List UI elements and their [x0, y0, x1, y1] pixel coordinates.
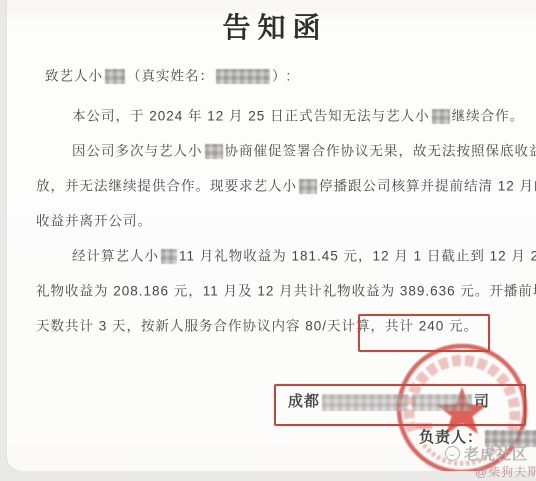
- watermark-community-label: 老虎社区: [464, 443, 528, 464]
- redacted-text: [161, 249, 177, 264]
- doc-text: 协商催促签署合作协议无果，故无法按照保底收益发: [225, 143, 536, 158]
- salutation-line: 致艺人小（真实姓名：）:: [45, 67, 291, 85]
- redacted-text: [322, 394, 408, 411]
- redacted-text: [299, 179, 317, 194]
- doc-title: 告知函: [7, 6, 536, 46]
- doc-text: 致艺人小: [45, 68, 103, 83]
- tiger-logo-icon: [445, 446, 460, 461]
- redacted-text: [105, 69, 125, 84]
- paragraph-3-line-2: 礼物收益为 208.186 元，11 月及 12 月共计礼物收益为 389.63…: [36, 282, 536, 300]
- doc-text: ）:: [272, 68, 291, 83]
- company-signature-line: 成都司: [288, 393, 490, 411]
- redacted-text: [412, 394, 472, 411]
- highlight-box-total-amount: [358, 314, 490, 352]
- redacted-text: [216, 69, 270, 84]
- doc-text: 放，并无法继续提供合作。现要求艺人小: [36, 178, 297, 193]
- doc-text: 经计算艺人小: [72, 248, 159, 263]
- paragraph-2-line-3: 收益并离开公司。: [36, 212, 152, 230]
- doc-text: 11 月礼物收益为 181.45 元，12 月 1 日截止到 12 月 25 日: [179, 248, 536, 263]
- paragraph-1-line: 本公司，于 2024 年 12 月 25 日正式告知无法与艺人小继续合作。: [72, 107, 524, 125]
- doc-text: 因公司多次与艺人小: [72, 143, 203, 158]
- watermark-author-label: @柴狗夫斯基: [475, 463, 536, 480]
- redacted-text: [432, 109, 450, 124]
- doc-text: （真实姓名：: [127, 68, 214, 83]
- doc-text: 继续合作。: [452, 108, 525, 123]
- watermark: 老虎社区: [445, 443, 528, 464]
- doc-text: 停播跟公司核算并提前结清 12 月的: [319, 178, 536, 193]
- doc-text: 成都: [288, 393, 320, 410]
- paragraph-3-line-1: 经计算艺人小11 月礼物收益为 181.45 元，12 月 1 日截止到 12 …: [72, 247, 536, 265]
- letter-page: 告知函 致艺人小（真实姓名：）: 本公司，于 2024 年 12 月 25 日正…: [7, 0, 536, 471]
- paragraph-2-line-1: 因公司多次与艺人小协商催促签署合作协议无果，故无法按照保底收益发: [72, 142, 536, 160]
- doc-text: 司: [474, 393, 490, 410]
- paragraph-2-line-2: 放，并无法继续提供合作。现要求艺人小停播跟公司核算并提前结清 12 月的: [36, 177, 536, 195]
- doc-text: 礼物收益为 208.186 元，11 月及 12 月共计礼物收益为 389.63…: [36, 283, 536, 298]
- photo-bottom-edge: [0, 471, 536, 481]
- doc-text: 本公司，于 2024 年 12 月 25 日正式告知无法与艺人小: [72, 108, 430, 123]
- doc-text: 收益并离开公司。: [36, 213, 152, 228]
- photo-of-letter: 告知函 致艺人小（真实姓名：）: 本公司，于 2024 年 12 月 25 日正…: [0, 0, 536, 481]
- redacted-text: [205, 144, 223, 159]
